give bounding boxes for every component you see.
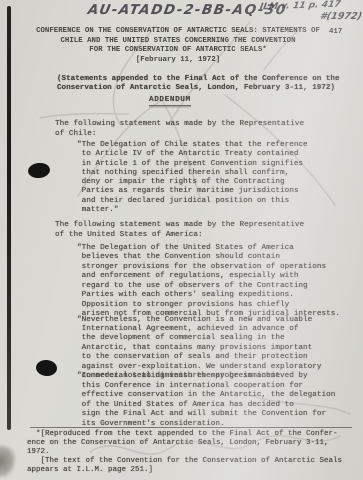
us-statement-paragraph-3: "In order not to diminish the progress a… xyxy=(77,372,335,429)
scan-edge-line xyxy=(7,6,11,430)
title-line-3: FOR THE CONSERVATION OF ANTARCTIC SEALS* xyxy=(10,46,346,56)
date-line: [February 11, 1972] xyxy=(10,56,346,66)
us-statement-paragraph-1: "The Delegation of the United States of … xyxy=(77,244,340,320)
corner-smudge xyxy=(0,444,18,479)
document-title: CONFERENCE ON THE CONSERVATION OF ANTARC… xyxy=(10,27,346,65)
hole-punch-dot-top xyxy=(27,162,50,179)
archive-code-handwriting: AU-ATADD-2-BB-AQ-30 xyxy=(87,2,289,18)
chile-statement-intro: The following statement was made by the … xyxy=(55,120,304,139)
hole-punch-dot-bottom xyxy=(35,359,57,377)
section-heading: ADDENDUM xyxy=(149,96,191,106)
document-page: AU-ATADD-2-BB-AQ-30 ILM v. 11 p. 417 #(1… xyxy=(0,0,363,480)
footnote-separator-rule xyxy=(30,427,352,428)
citation-year-handwriting: #(1972) xyxy=(319,11,363,22)
us-statement-intro: The following statement was made by the … xyxy=(55,221,304,240)
chile-statement-quote: "The Delegation of Chile states that the… xyxy=(77,141,308,215)
title-line-2: CHILE AND THE UNITED STATES CONCERNING T… xyxy=(10,37,346,47)
appended-statements-note: (Statements appended to the Final Act of… xyxy=(57,75,340,94)
footnote-text: *[Reproduced from the text appended to t… xyxy=(27,430,342,475)
title-line-1: CONFERENCE ON THE CONSERVATION OF ANTARC… xyxy=(10,27,346,37)
page-number: 417 xyxy=(329,28,342,36)
